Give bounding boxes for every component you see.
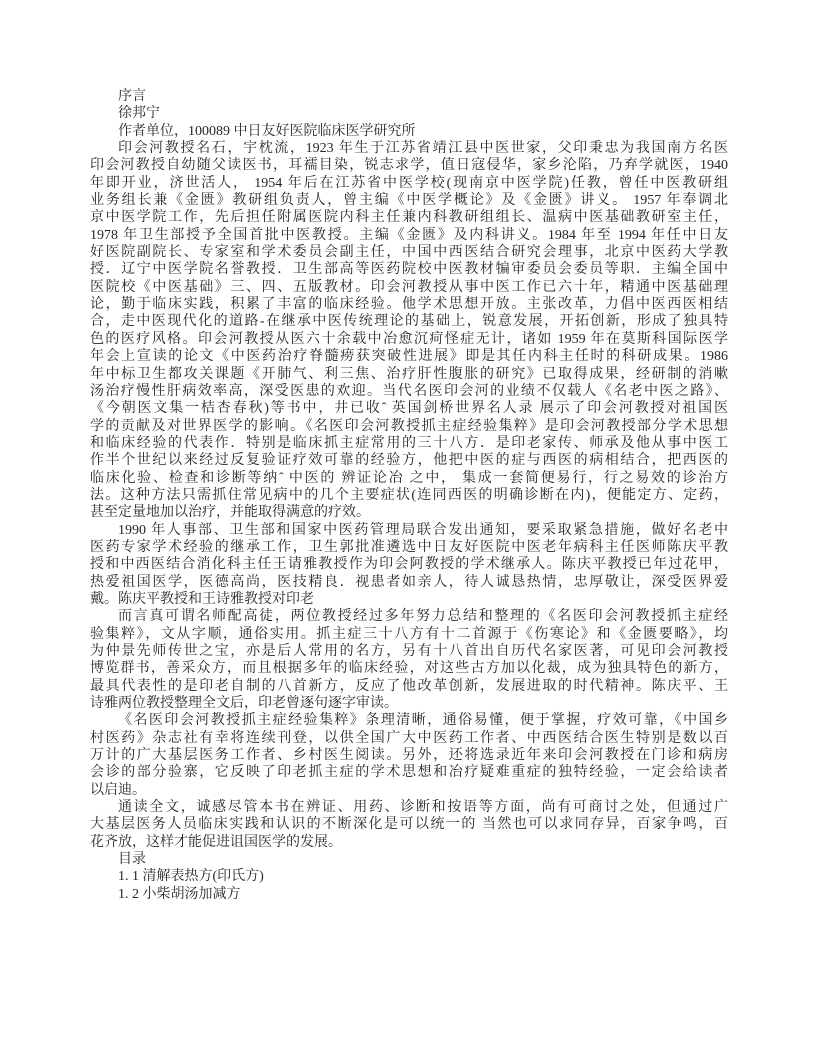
text-line: 热爱祖国医学，医德高尚，医技精良．视患者如亲人，待人诚恳热情，忠厚敬让，深受医界… [90,574,728,591]
text-line: 医院校《中医基础》三、四、五版教材。印会河教授从事中医工作已六十年，精通中医基础… [90,279,728,296]
text-line: 1. 1 清解表热方(印氏方) [90,868,728,885]
text-line: 以启迪。 [90,782,728,799]
text-line: 作半个世纪以来经过反复验证疗效可靠的经验方，他把中医的症与西医的病相结合，把西医… [90,452,728,469]
text-line: 而言真可谓名师配高徒，两位教授经过多年努力总结和整理的《名医印会河教授抓主症经 [90,608,728,625]
text-line: 印会河教授名石，宇枕流，1923 年生于江苏省靖江县中医世家，父印秉忠为我国南方… [90,140,728,157]
text-line: 村医药》杂志社有幸将连续刊登，以供全国广大中医药工作者、中西医结合医生特别是数以… [90,730,728,747]
text-line: 为仲景先师传世之宝，亦是后人常用的名方，另有十八首出自历代名家医著，可见印会河教… [90,643,728,660]
text-line: 作者单位，100089 中日友好医院临床医学研究所 [90,123,728,140]
text-line: 最具代表性的是印老自制的八首新方，反应了他改革创新，发展进取的时代精神。陈庆平、… [90,678,728,695]
text-line: 合，走中医现代化的道路-在继承中医传统理论的基础上，锐意发展，开拓创新，形成了独… [90,313,728,330]
text-line: 色的医疗风格。印会河教授从医六十余载中冶愈沉疴怪症无计，诸如 1959 年在莫斯… [90,331,728,348]
text-line: 通读全文，诚感尽管本书在辨证、用药、诊断和按语等方面，尚有可商讨之处，但通过广 [90,799,728,816]
text-line: 会诊的部分验寨，它反映了印老抓主症的学术思想和冶疗疑难重症的独特经验，一定会给读… [90,764,728,781]
text-line: 法。这种方法只需抓住常见病中的几个主要症状(连同西医的明确诊断在内)，便能定方、… [90,487,728,504]
text-line: 好医院副院长、专家室和学术委员会副主任，中国中西医结合研究会理事，北京中医药大学… [90,244,728,261]
text-line: 徐邦宁 [90,105,728,122]
text-line: 学的贡献及对世界医学的影响。《名医印会河教授抓主症经验集粹》是印会河教授部分学术… [90,418,728,435]
text-line: 《名医印会河教授抓主症经验集粹》条理清晰，通俗易懂，便于掌握，疗效可靠，《中国乡 [90,712,728,729]
text-line: 大基层医务人员临床实践和认识的不断深化是可以统一的 当然也可以求同存异，百家争鸣… [90,816,728,833]
text-line: 目录 [90,851,728,868]
text-line: 印会河教授自幼随父读医书，耳襦目染，锐志求学，值日寇侵华，家乡沦陷，乃弃学就医，… [90,157,728,174]
text-line: 汤治疗慢性肝病效率高，深受医患的欢迎。当代名医印会河的业绩不仅载人《名老中医之路… [90,383,728,400]
text-line: 博览群书，善采众方，而且根据多年的临床经验，对这些古方加以化裁，成为独具特色的新… [90,660,728,677]
text-line: 验集粹》，文从字顺，通俗实用。抓主症三十八方有十二首源于《伤寒论》和《金匮要略》… [90,626,728,643]
text-line: 授．辽宁中医学院名誉教授．卫生部高等医药院校中医教材犏审委员会委员等职．主编全国… [90,261,728,278]
text-line: 序言 [90,88,728,105]
text-line: 医药专家学术经验的继承工作，卫生郭批准遴选中日友好医院中医老年病科主任医师陈庆平… [90,539,728,556]
text-line: 1. 2 小柴胡汤加减方 [90,886,728,903]
text-line: 1978 年卫生部授予全国首批中医教授。主编《金匮》及内科讲义。1984 年至 … [90,227,728,244]
document-page: 序言徐邦宁作者单位，100089 中日友好医院临床医学研究所印会河教授名石，宇枕… [90,88,728,903]
text-line: 年即开业，济世活人， 1954 年后在江苏省中医学校(现南京中医学院)任教，曾任… [90,175,728,192]
text-line: 戴。陈庆平教授和王诗雅教授对印老 [90,591,728,608]
text-line: 甚至定量地加以治疗，并能取得满意的疗效。 [90,504,728,521]
text-line: 诗雅两位教授整理全文后，印老曾逐句逐字审读。 [90,695,728,712]
text-line: 京中医学院工作，先后担任附属医院内科主任兼内科教研组组长、温病中医基础教研室主任… [90,209,728,226]
text-line: 授和中西医结合消化科主任王请雅教授作为印会阿教授的学术继承人。陈庆平教授已年过花… [90,556,728,573]
text-line: 临床化验、检查和诊断等纳ˆ 中医的 辨证论冶 之中， 集成一套简便易行，行之易效… [90,470,728,487]
text-line: 年会上宣读的论文《中医药治疗脊髓痨获突破性进展》即是其任内科主任时的科研成果。1… [90,348,728,365]
text-line: 业务组长兼《金匮》教研组负责人，曾主编《中医学概论》及《金匮》讲义。 1957 … [90,192,728,209]
text-line: 万计的广大基层医务工作者、乡村医生阅读。另外，还将选录近年来印会河教授在门诊和病… [90,747,728,764]
text-line: 论，勤于临床实践，积累了丰富的临床经验。他学术思想开放。主张改革，力倡中医西医相… [90,296,728,313]
text-line: 1990 年人事部、卫生部和国家中医药管理局联合发出通知，要采取紧急措施，做好名… [90,522,728,539]
text-line: 年中标卫生都攻关课题《开肺气、利三焦、治疗肝性腹胀的研究》已取得成果，经研制的消… [90,366,728,383]
text-line: 《今朝医文集一桔杏春秋)等书中，井已收ˆ 英国剑桥世界名人录 展示了印会河教授对… [90,400,728,417]
text-line: 和临床经验的代表作．特别是临床抓主症常用的三十八方．是印老家传、师承及他从事中医… [90,435,728,452]
text-line: 花齐放，这样才能促进诅国医学的发展。 [90,834,728,851]
